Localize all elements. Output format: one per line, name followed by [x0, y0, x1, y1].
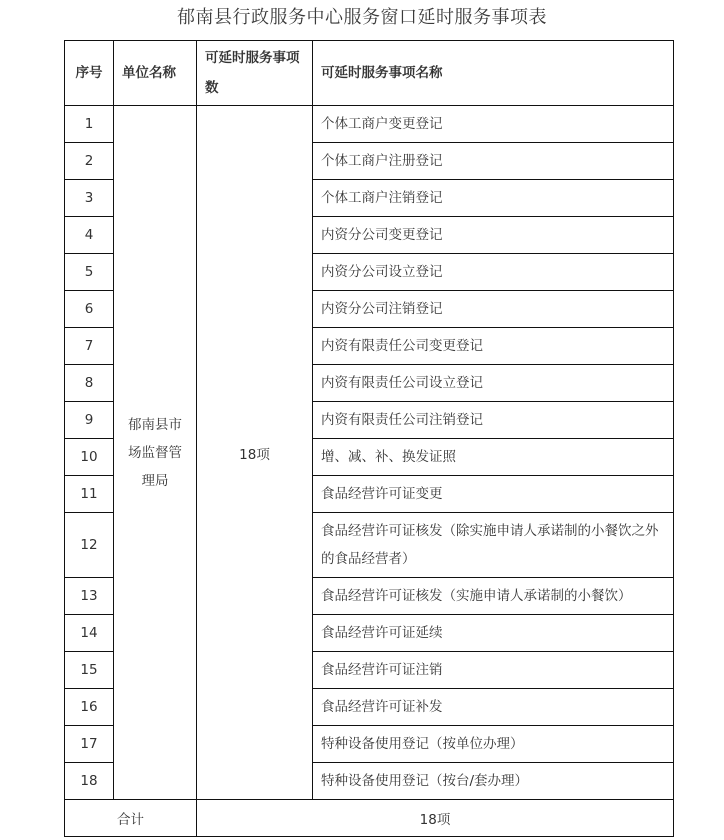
row-index: 7 — [65, 328, 114, 365]
header-item: 可延时服务事项名称 — [313, 41, 674, 106]
total-label: 合计 — [65, 800, 197, 837]
row-index: 17 — [65, 726, 114, 763]
row-item: 特种设备使用登记（按台/套办理） — [313, 763, 674, 800]
row-index: 9 — [65, 402, 114, 439]
row-index: 1 — [65, 106, 114, 143]
table-header-row: 序号 单位名称 可延时服务事项数 可延时服务事项名称 — [65, 41, 674, 106]
delayed-services-table: 序号 单位名称 可延时服务事项数 可延时服务事项名称 1 郁南县市场监督管理局 … — [64, 40, 674, 837]
row-index: 11 — [65, 476, 114, 513]
row-item: 个体工商户注销登记 — [313, 180, 674, 217]
header-count: 可延时服务事项数 — [197, 41, 313, 106]
row-item: 增、减、补、换发证照 — [313, 439, 674, 476]
row-item: 内资有限责任公司设立登记 — [313, 365, 674, 402]
row-index: 2 — [65, 143, 114, 180]
unit-name-cell: 郁南县市场监督管理局 — [114, 106, 197, 800]
row-index: 8 — [65, 365, 114, 402]
row-item: 内资分公司设立登记 — [313, 254, 674, 291]
document-title: 郁南县行政服务中心服务窗口延时服务事项表 — [0, 4, 724, 32]
header-index: 序号 — [65, 41, 114, 106]
row-index: 6 — [65, 291, 114, 328]
row-index: 13 — [65, 578, 114, 615]
row-index: 5 — [65, 254, 114, 291]
row-index: 3 — [65, 180, 114, 217]
row-item: 内资分公司变更登记 — [313, 217, 674, 254]
header-unit: 单位名称 — [114, 41, 197, 106]
row-item: 特种设备使用登记（按单位办理） — [313, 726, 674, 763]
row-item: 食品经营许可证核发（实施申请人承诺制的小餐饮） — [313, 578, 674, 615]
total-row: 合计 18项 — [65, 800, 674, 837]
row-index: 12 — [65, 513, 114, 578]
row-item: 个体工商户变更登记 — [313, 106, 674, 143]
row-item: 个体工商户注册登记 — [313, 143, 674, 180]
row-index: 10 — [65, 439, 114, 476]
row-item: 内资有限责任公司注销登记 — [313, 402, 674, 439]
row-item: 食品经营许可证延续 — [313, 615, 674, 652]
total-value: 18项 — [197, 800, 674, 837]
row-item: 食品经营许可证变更 — [313, 476, 674, 513]
row-index: 4 — [65, 217, 114, 254]
row-item: 食品经营许可证注销 — [313, 652, 674, 689]
row-item: 食品经营许可证补发 — [313, 689, 674, 726]
row-index: 15 — [65, 652, 114, 689]
table-row: 1 郁南县市场监督管理局 18项 个体工商户变更登记 — [65, 106, 674, 143]
row-index: 18 — [65, 763, 114, 800]
row-item: 食品经营许可证核发（除实施申请人承诺制的小餐饮之外的食品经营者） — [313, 513, 674, 578]
row-index: 16 — [65, 689, 114, 726]
row-index: 14 — [65, 615, 114, 652]
row-item: 内资分公司注销登记 — [313, 291, 674, 328]
row-item: 内资有限责任公司变更登记 — [313, 328, 674, 365]
item-count-cell: 18项 — [197, 106, 313, 800]
